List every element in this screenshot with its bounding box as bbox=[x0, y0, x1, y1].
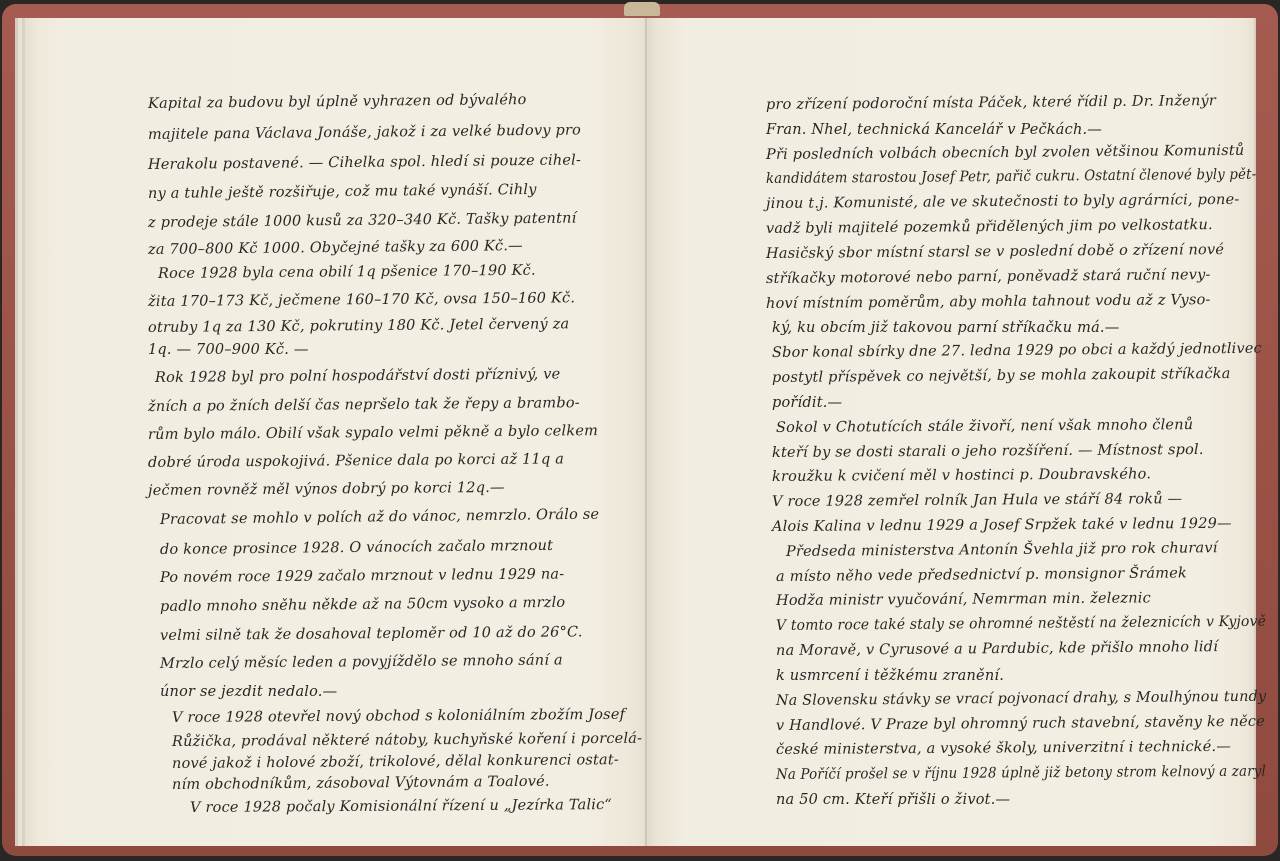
left-line: 1q. — 700–900 Kč. — bbox=[148, 340, 309, 360]
right-line: jinou t.j. Komunisté, ale ve skutečnosti… bbox=[766, 190, 1240, 214]
left-line: Mrzlo celý měsíc leden a povyjíždělo se … bbox=[160, 650, 563, 674]
right-line: Fran. Nhel, technická Kancelář v Pečkách… bbox=[766, 120, 1102, 140]
left-line: Rok 1928 byl pro polní hospodářství dost… bbox=[155, 364, 561, 388]
left-line: V roce 1928 otevřel nový obchod s koloni… bbox=[172, 705, 625, 728]
right-line: hoví místním poměrům, aby mohla tahnout … bbox=[766, 290, 1211, 314]
right-line: Sbor konal sbírky dne 27. ledna 1929 po … bbox=[772, 339, 1262, 363]
right-line: Hasičský sbor místní starsl se v posledn… bbox=[766, 240, 1224, 264]
right-line: postytl příspěvek co největší, by se moh… bbox=[772, 364, 1231, 388]
right-line: k usmrcení i těžkému zranění. bbox=[776, 666, 1004, 686]
right-line: V roce 1928 zemřel rolník Jan Hula ve st… bbox=[772, 489, 1182, 512]
book-gutter bbox=[645, 18, 647, 846]
left-line: padlo mnoho sněhu někde až na 50cm vysok… bbox=[160, 593, 566, 617]
right-line: na Moravě, v Cyrusové a u Pardubic, kde … bbox=[776, 637, 1218, 661]
right-line: kandidátem starostou Josef Petr, pařič c… bbox=[766, 165, 1257, 189]
right-line: kroužku k cvičení měl v hostinci p. Doub… bbox=[772, 464, 1151, 487]
right-line: vadž byli majitelé pozemků přidělených j… bbox=[766, 215, 1213, 239]
right-line: Sokol v Chotutících stále živoří, není v… bbox=[776, 415, 1193, 438]
left-line: otruby 1q za 130 Kč, pokrutiny 180 Kč. J… bbox=[148, 314, 570, 338]
left-line: žních a po žních delší čas nepršelo tak … bbox=[148, 393, 580, 417]
right-line: Hodža ministr vyučování, Nemrman min. že… bbox=[776, 588, 1151, 611]
right-line: Na Poříčí prošel se v říjnu 1928 úplně j… bbox=[776, 762, 1266, 785]
left-line: rům bylo málo. Obilí však sypalo velmi p… bbox=[148, 421, 598, 445]
right-line: stříkačky motorové nebo parní, poněvadž … bbox=[766, 265, 1211, 289]
right-line: a místo něho vede předsednictví p. monsi… bbox=[776, 563, 1187, 587]
left-line: Po novém roce 1929 začalo mrznout v ledn… bbox=[160, 564, 565, 588]
right-line: Předseda ministerstva Antonín Švehla již… bbox=[786, 538, 1218, 562]
right-line: pořídit.— bbox=[772, 393, 842, 413]
left-line: Kapital za budovu byl úplně vyhrazen od … bbox=[148, 90, 527, 114]
left-line: ním obchodníkům, zásoboval Výtovnám a To… bbox=[172, 772, 550, 795]
right-line: ký, ku obcím již takovou parní stříkačku… bbox=[772, 318, 1119, 338]
right-line: kteří by se dosti starali o jeho rozšíře… bbox=[772, 440, 1204, 463]
left-line: velmi silně tak že dosahoval teploměr od… bbox=[160, 622, 583, 646]
right-line: české ministerstva, a vysoké školy, univ… bbox=[776, 737, 1231, 760]
left-line: Růžička, prodával některé nátoby, kuchyň… bbox=[172, 729, 642, 752]
left-line: ny a tuhle ještě rozšiřuje, což mu také … bbox=[148, 180, 537, 204]
right-line: Při posledních volbách obecních byl zvol… bbox=[766, 141, 1245, 165]
left-line: do konce prosince 1928. O vánocích začal… bbox=[160, 536, 553, 560]
right-line: na 50 cm. Kteří přišli o život.— bbox=[776, 790, 1010, 810]
right-line: Alois Kalina v lednu 1929 a Josef Srpžek… bbox=[772, 514, 1232, 537]
left-line: V roce 1928 počaly Komisionální řízení u… bbox=[190, 795, 612, 818]
left-line: dobré úroda uspokojivá. Pšenice dala po … bbox=[148, 449, 564, 473]
left-line: ječmen rovněž měl výnos dobrý po korci 1… bbox=[148, 478, 505, 501]
left-line: Roce 1928 byla cena obilí 1q pšenice 170… bbox=[158, 261, 536, 284]
right-line: v Handlové. V Praze byl ohromný ruch sta… bbox=[776, 712, 1265, 736]
left-line: za 700–800 Kč 1000. Obyčejné tašky za 60… bbox=[148, 236, 523, 260]
open-book: Kapital za budovu byl úplně vyhrazen od … bbox=[0, 0, 1280, 861]
left-line: žita 170–173 Kč, ječmene 160–170 Kč, ovs… bbox=[148, 288, 575, 312]
spine-headband bbox=[624, 2, 660, 16]
right-line: Na Slovensku stávky se vrací pojvonací d… bbox=[776, 687, 1266, 711]
left-line: únor se jezdit nedalo.— bbox=[160, 682, 337, 702]
right-line: V tomto roce také staly se ohromné neště… bbox=[776, 612, 1266, 636]
left-line: nové jakož i holové zboží, trikolové, dě… bbox=[172, 750, 619, 774]
right-line: pro zřízení podoroční místa Páček, které… bbox=[766, 91, 1216, 115]
